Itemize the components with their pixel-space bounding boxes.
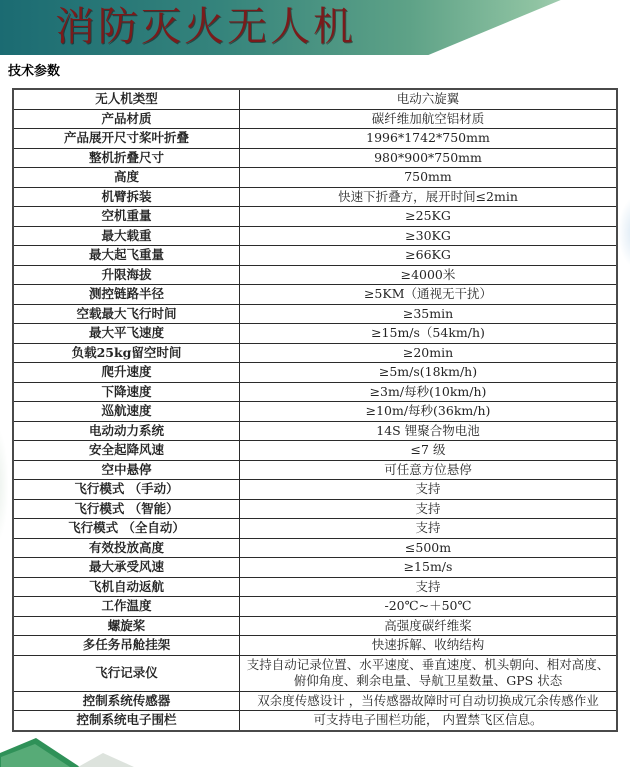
table-row: 升限海拔≥4000米 <box>13 265 617 285</box>
spec-value: 快速拆解、收纳结构 <box>240 636 618 656</box>
table-row: 空载最大飞行时间≥35min <box>13 304 617 324</box>
spec-label: 飞行模式 （手动） <box>13 480 240 500</box>
spec-value: ≤500m <box>240 538 618 558</box>
spec-value: 碳纤维加航空铝材质 <box>240 109 618 129</box>
spec-value: ≥10m/每秒(36km/h) <box>240 402 618 422</box>
spec-value: 支持 <box>240 499 618 519</box>
spec-value: ≥30KG <box>240 226 618 246</box>
right-edge-swoosh-decoration <box>618 196 630 268</box>
table-row: 安全起降风速≤7 级 <box>13 441 617 461</box>
table-row: 爬升速度≥5m/s(18km/h) <box>13 363 617 383</box>
spec-value: ≥5m/s(18km/h) <box>240 363 618 383</box>
spec-value: 1996*1742*750mm <box>240 129 618 149</box>
spec-value: ≤7 级 <box>240 441 618 461</box>
table-row: 工作温度-20℃~＋50℃ <box>13 597 617 617</box>
table-row: 螺旋桨高强度碳纤维桨 <box>13 616 617 636</box>
spec-label: 最大承受风速 <box>13 558 240 578</box>
table-row: 产品材质碳纤维加航空铝材质 <box>13 109 617 129</box>
spec-value: 支持自动记录位置、水平速度、垂直速度、机头朝向、相对高度、俯仰角度、剩余电量、导… <box>240 655 618 691</box>
spec-label: 产品展开尺寸桨叶折叠 <box>13 129 240 149</box>
spec-value: 可任意方位悬停 <box>240 460 618 480</box>
spec-value: 支持 <box>240 480 618 500</box>
spec-label: 负载25kg留空时间 <box>13 343 240 363</box>
spec-label: 升限海拔 <box>13 265 240 285</box>
left-edge-smudge-decoration <box>0 430 8 540</box>
table-row: 无人机类型电动六旋翼 <box>13 89 617 109</box>
spec-label: 最大载重 <box>13 226 240 246</box>
spec-label: 有效投放高度 <box>13 538 240 558</box>
spec-label: 整机折叠尺寸 <box>13 148 240 168</box>
table-row: 高度750mm <box>13 168 617 188</box>
spec-value: 快速下折叠方，展开时间≤2min <box>240 187 618 207</box>
spec-label: 产品材质 <box>13 109 240 129</box>
spec-label: 螺旋桨 <box>13 616 240 636</box>
spec-value: 750mm <box>240 168 618 188</box>
spec-value: ≥15m/s <box>240 558 618 578</box>
spec-label: 飞行模式 （全自动） <box>13 519 240 539</box>
table-row: 最大平飞速度≥15m/s（54km/h) <box>13 324 617 344</box>
spec-value: 支持 <box>240 577 618 597</box>
table-row: 巡航速度≥10m/每秒(36km/h) <box>13 402 617 422</box>
spec-label: 爬升速度 <box>13 363 240 383</box>
spec-value: ≥20min <box>240 343 618 363</box>
spec-value: 980*900*750mm <box>240 148 618 168</box>
spec-value: -20℃~＋50℃ <box>240 597 618 617</box>
table-row: 飞行记录仪支持自动记录位置、水平速度、垂直速度、机头朝向、相对高度、俯仰角度、剩… <box>13 655 617 691</box>
spec-value: ≥3m/每秒(10km/h) <box>240 382 618 402</box>
corner-triangle-decoration <box>0 735 150 767</box>
spec-value: ≥35min <box>240 304 618 324</box>
table-row: 飞行模式 （全自动）支持 <box>13 519 617 539</box>
spec-value: ≥66KG <box>240 246 618 266</box>
spec-value: ≥25KG <box>240 207 618 227</box>
spec-label: 安全起降风速 <box>13 441 240 461</box>
spec-table: 无人机类型电动六旋翼产品材质碳纤维加航空铝材质产品展开尺寸桨叶折叠1996*17… <box>12 88 618 732</box>
table-row: 电动动力系统14S 锂聚合物电池 <box>13 421 617 441</box>
spec-value: ≥4000米 <box>240 265 618 285</box>
section-heading-tech-params: 技术参数 <box>8 60 60 79</box>
table-row: 机臂拆装快速下折叠方，展开时间≤2min <box>13 187 617 207</box>
table-row: 飞行模式 （手动）支持 <box>13 480 617 500</box>
spec-label: 测控链路半径 <box>13 285 240 305</box>
table-row: 产品展开尺寸桨叶折叠1996*1742*750mm <box>13 129 617 149</box>
spec-label: 机臂拆装 <box>13 187 240 207</box>
table-row: 测控链路半径≥5KM（通视无干扰） <box>13 285 617 305</box>
table-row: 有效投放高度≤500m <box>13 538 617 558</box>
spec-value: 支持 <box>240 519 618 539</box>
table-row: 控制系统传感器双余度传感设计 ，当传感器故障时可自动切换成冗余传感作业 <box>13 691 617 711</box>
spec-label: 控制系统电子围栏 <box>13 711 240 731</box>
spec-label: 高度 <box>13 168 240 188</box>
table-row: 负载25kg留空时间≥20min <box>13 343 617 363</box>
spec-label: 最大起飞重量 <box>13 246 240 266</box>
spec-label: 空中悬停 <box>13 460 240 480</box>
page: { "banner": { "title": "消防灭火无人机" }, "sec… <box>0 0 630 767</box>
spec-label: 工作温度 <box>13 597 240 617</box>
spec-label: 空载最大飞行时间 <box>13 304 240 324</box>
spec-label: 最大平飞速度 <box>13 324 240 344</box>
spec-label: 下降速度 <box>13 382 240 402</box>
spec-value: ≥5KM（通视无干扰） <box>240 285 618 305</box>
page-title: 消防灭火无人机 <box>55 2 356 52</box>
table-row: 下降速度≥3m/每秒(10km/h) <box>13 382 617 402</box>
spec-label: 无人机类型 <box>13 89 240 109</box>
table-row: 多任务吊舱挂架快速拆解、收纳结构 <box>13 636 617 656</box>
table-row: 控制系统电子围栏可支持电子围栏功能， 内置禁飞区信息。 <box>13 711 617 731</box>
spec-label: 飞机自动返航 <box>13 577 240 597</box>
table-row: 飞机自动返航支持 <box>13 577 617 597</box>
table-row: 空中悬停可任意方位悬停 <box>13 460 617 480</box>
spec-label: 空机重量 <box>13 207 240 227</box>
spec-label: 多任务吊舱挂架 <box>13 636 240 656</box>
spec-value: 电动六旋翼 <box>240 89 618 109</box>
spec-table-body: 无人机类型电动六旋翼产品材质碳纤维加航空铝材质产品展开尺寸桨叶折叠1996*17… <box>13 89 617 731</box>
spec-label: 飞行记录仪 <box>13 655 240 691</box>
spec-table-container: 无人机类型电动六旋翼产品材质碳纤维加航空铝材质产品展开尺寸桨叶折叠1996*17… <box>12 88 618 732</box>
spec-value: 可支持电子围栏功能， 内置禁飞区信息。 <box>240 711 618 731</box>
table-row: 整机折叠尺寸980*900*750mm <box>13 148 617 168</box>
table-row: 最大载重≥30KG <box>13 226 617 246</box>
spec-value: 双余度传感设计 ，当传感器故障时可自动切换成冗余传感作业 <box>240 691 618 711</box>
spec-label: 飞行模式 （智能） <box>13 499 240 519</box>
table-row: 最大起飞重量≥66KG <box>13 246 617 266</box>
table-row: 飞行模式 （智能）支持 <box>13 499 617 519</box>
spec-value: ≥15m/s（54km/h) <box>240 324 618 344</box>
table-row: 最大承受风速≥15m/s <box>13 558 617 578</box>
table-row: 空机重量≥25KG <box>13 207 617 227</box>
spec-label: 巡航速度 <box>13 402 240 422</box>
page-banner: 消防灭火无人机 <box>0 0 630 55</box>
spec-value: 高强度碳纤维桨 <box>240 616 618 636</box>
spec-label: 控制系统传感器 <box>13 691 240 711</box>
spec-label: 电动动力系统 <box>13 421 240 441</box>
spec-value: 14S 锂聚合物电池 <box>240 421 618 441</box>
